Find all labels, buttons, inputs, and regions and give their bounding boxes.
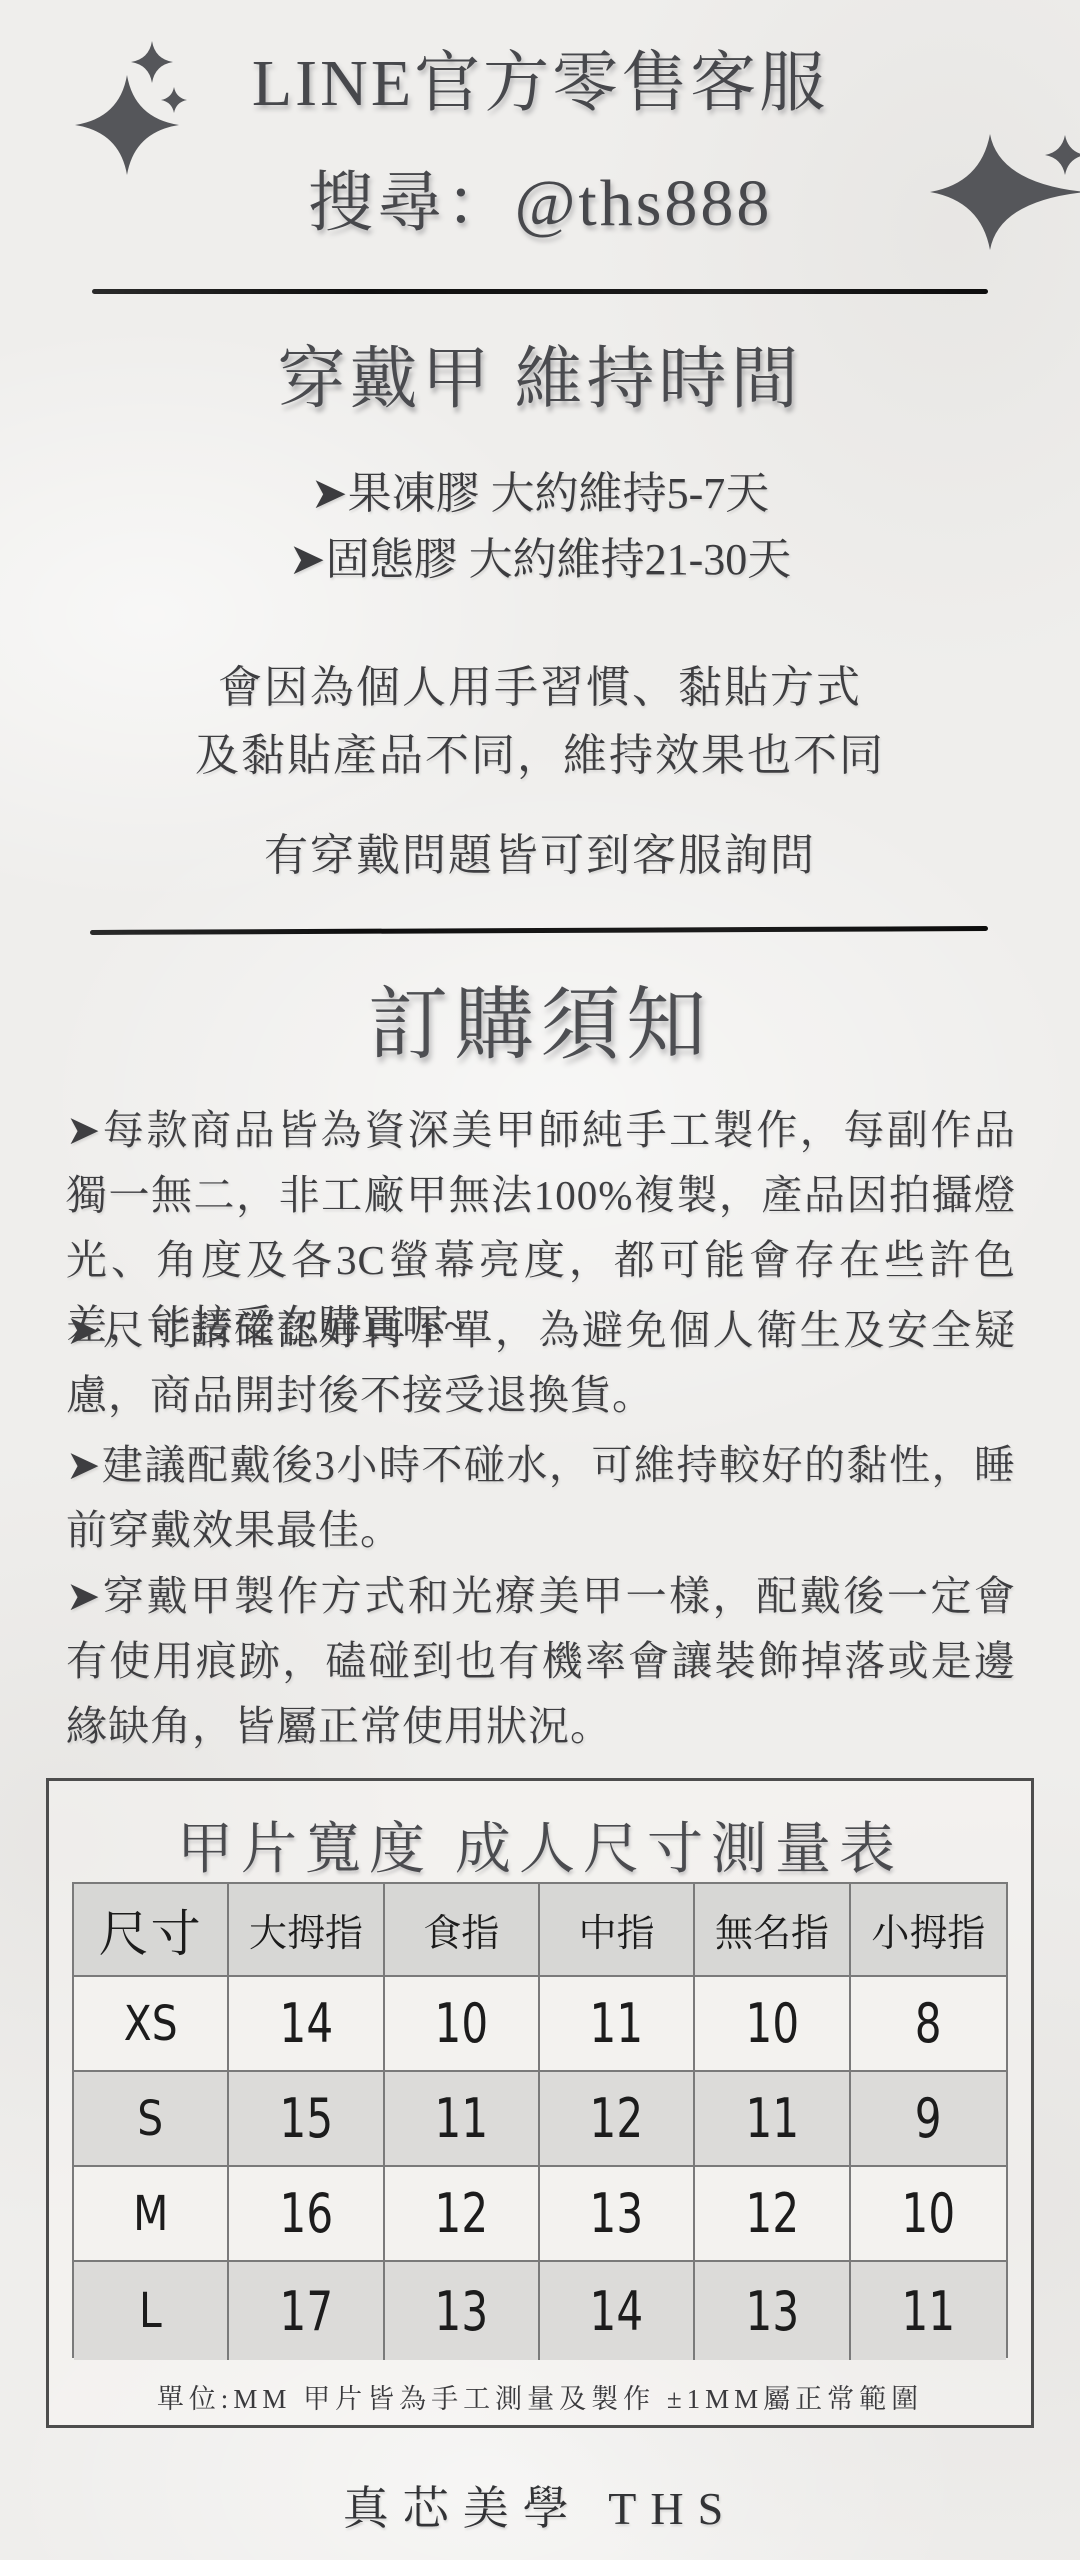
col-header-thumb: 大拇指 (229, 1884, 384, 1977)
arrow-bullet-icon: ➤ (66, 1306, 101, 1354)
divider-middle (90, 926, 988, 935)
arrow-bullet-icon: ➤ (311, 468, 348, 519)
order-paragraph: ➤穿戴甲製作方式和光療美甲一樣，配戴後一定會有使用痕跡，磕碰到也有機率會讓裝飾掉… (66, 1564, 1016, 1759)
size-label-l: L (139, 2283, 162, 2339)
size-label-m: M (133, 2186, 168, 2242)
size-table-note: 單位:MM 甲片皆為手工測量及製作 ±1MM屬正常範圍 (49, 2377, 1031, 2416)
order-paragraph: ➤建議配戴後3小時不碰水，可維持較好的黏性，睡前穿戴效果最佳。 (66, 1433, 1016, 1563)
table-cell: 12 (435, 2182, 489, 2245)
table-cell: 10 (745, 1992, 799, 2055)
wear-bullet-text: 固態膠 大約維持21-30天 (326, 535, 792, 584)
size-label-xs: XS (124, 1996, 178, 2052)
arrow-bullet-icon: ➤ (66, 1441, 101, 1489)
arrow-bullet-icon: ➤ (66, 1572, 101, 1620)
size-label-s: S (138, 2091, 164, 2147)
wear-bullet-text: 果凍膠 大約維持5-7天 (348, 469, 770, 518)
col-header-size: 尺寸 (74, 1884, 229, 1977)
table-cell: 11 (590, 1992, 644, 2055)
order-paragraph-text: 建議配戴後3小時不碰水，可維持較好的黏性，睡前穿戴效果最佳。 (66, 1442, 1016, 1553)
col-header-ring: 無名指 (695, 1884, 850, 1977)
wear-bullet: ➤固態膠 大約維持21-30天 (0, 534, 1080, 587)
table-cell: 10 (435, 1992, 489, 2055)
table-cell: 12 (745, 2182, 799, 2245)
header-title: LINE官方零售客服 (0, 48, 1080, 121)
table-cell: 13 (590, 2182, 644, 2245)
table-cell: 11 (745, 2087, 799, 2150)
table-cell: 9 (915, 2087, 942, 2150)
size-table-title: 甲片寬度 成人尺寸測量表 (49, 1805, 1031, 1885)
table-cell: 11 (902, 2280, 956, 2343)
table-cell: 8 (915, 1992, 942, 2055)
table-cell: 10 (902, 2182, 956, 2245)
order-section-title: 訂購須知 (0, 982, 1080, 1070)
arrow-bullet-icon: ➤ (66, 1106, 101, 1154)
table-cell: 14 (279, 1992, 333, 2055)
table-cell: 11 (435, 2087, 489, 2150)
header-search-id: 搜尋：@ths888 (0, 168, 1080, 241)
table-cell: 14 (590, 2280, 644, 2343)
wear-note-line: 會因為個人用手習慣、黏貼方式 (0, 662, 1080, 715)
wear-note-line: 及黏貼產品不同，維持效果也不同 (0, 730, 1080, 783)
wear-section-title: 穿戴甲 維持時間 (0, 342, 1080, 417)
wear-contact-note: 有穿戴問題皆可到客服詢問 (0, 830, 1080, 883)
col-header-index: 食指 (385, 1884, 540, 1977)
table-cell: 17 (279, 2280, 333, 2343)
wear-bullet: ➤果凍膠 大約維持5-7天 (0, 468, 1080, 521)
table-cell: 13 (745, 2280, 799, 2343)
poster-page: LINE官方零售客服 搜尋：@ths888 穿戴甲 維持時間 ➤果凍膠 大約維持… (0, 0, 1080, 2560)
arrow-bullet-icon: ➤ (289, 534, 326, 585)
size-table: 尺寸 大拇指 食指 中指 無名指 小拇指 XS 14 10 11 10 8 S … (72, 1882, 1008, 2358)
size-table-box: 甲片寬度 成人尺寸測量表 尺寸 大拇指 食指 中指 無名指 小拇指 XS 14 … (46, 1778, 1034, 2428)
col-header-middle: 中指 (540, 1884, 695, 1977)
order-paragraph-text: 穿戴甲製作方式和光療美甲一樣，配戴後一定會有使用痕跡，磕碰到也有機率會讓裝飾掉落… (66, 1573, 1016, 1749)
divider-top (92, 289, 988, 294)
table-cell: 15 (279, 2087, 333, 2150)
table-cell: 13 (435, 2280, 489, 2343)
order-paragraph-text: 尺寸請確認好再下單，為避免個人衛生及安全疑慮，商品開封後不接受退換貨。 (66, 1307, 1016, 1418)
table-cell: 16 (279, 2182, 333, 2245)
table-cell: 12 (590, 2087, 644, 2150)
order-paragraph: ➤尺寸請確認好再下單，為避免個人衛生及安全疑慮，商品開封後不接受退換貨。 (66, 1298, 1016, 1428)
brand-footer: 真芯美學 THS (0, 2472, 1080, 2538)
col-header-pinky: 小拇指 (851, 1884, 1006, 1977)
